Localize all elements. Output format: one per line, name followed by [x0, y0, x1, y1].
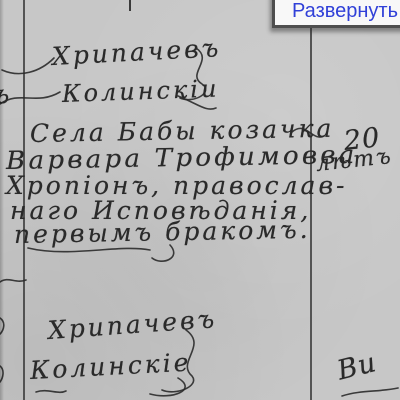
expand-button-label: Развернуть: [292, 0, 398, 22]
left-margin-fragment: ъ: [0, 80, 12, 110]
record-text-line-2: Варвара Трофимовва: [6, 140, 358, 175]
record-text-line-5: первымъ бракомъ.: [14, 215, 311, 249]
bottom-entry-parish: Колинскіе: [29, 348, 192, 385]
expand-button[interactable]: Развернуть: [272, 0, 400, 28]
scanned-document-page: Хрипачевъ Колинскіи ъ Села Бабы козачка …: [0, 0, 400, 400]
top-entry-parish: Колинскіи: [62, 75, 220, 108]
bottom-entry-surname: Хрипачевъ: [47, 304, 218, 345]
column-rule-top-fragment: [129, 0, 131, 11]
bottom-right-fragment: Ви: [334, 347, 380, 387]
top-entry-surname: Хрипачевъ: [51, 33, 222, 71]
